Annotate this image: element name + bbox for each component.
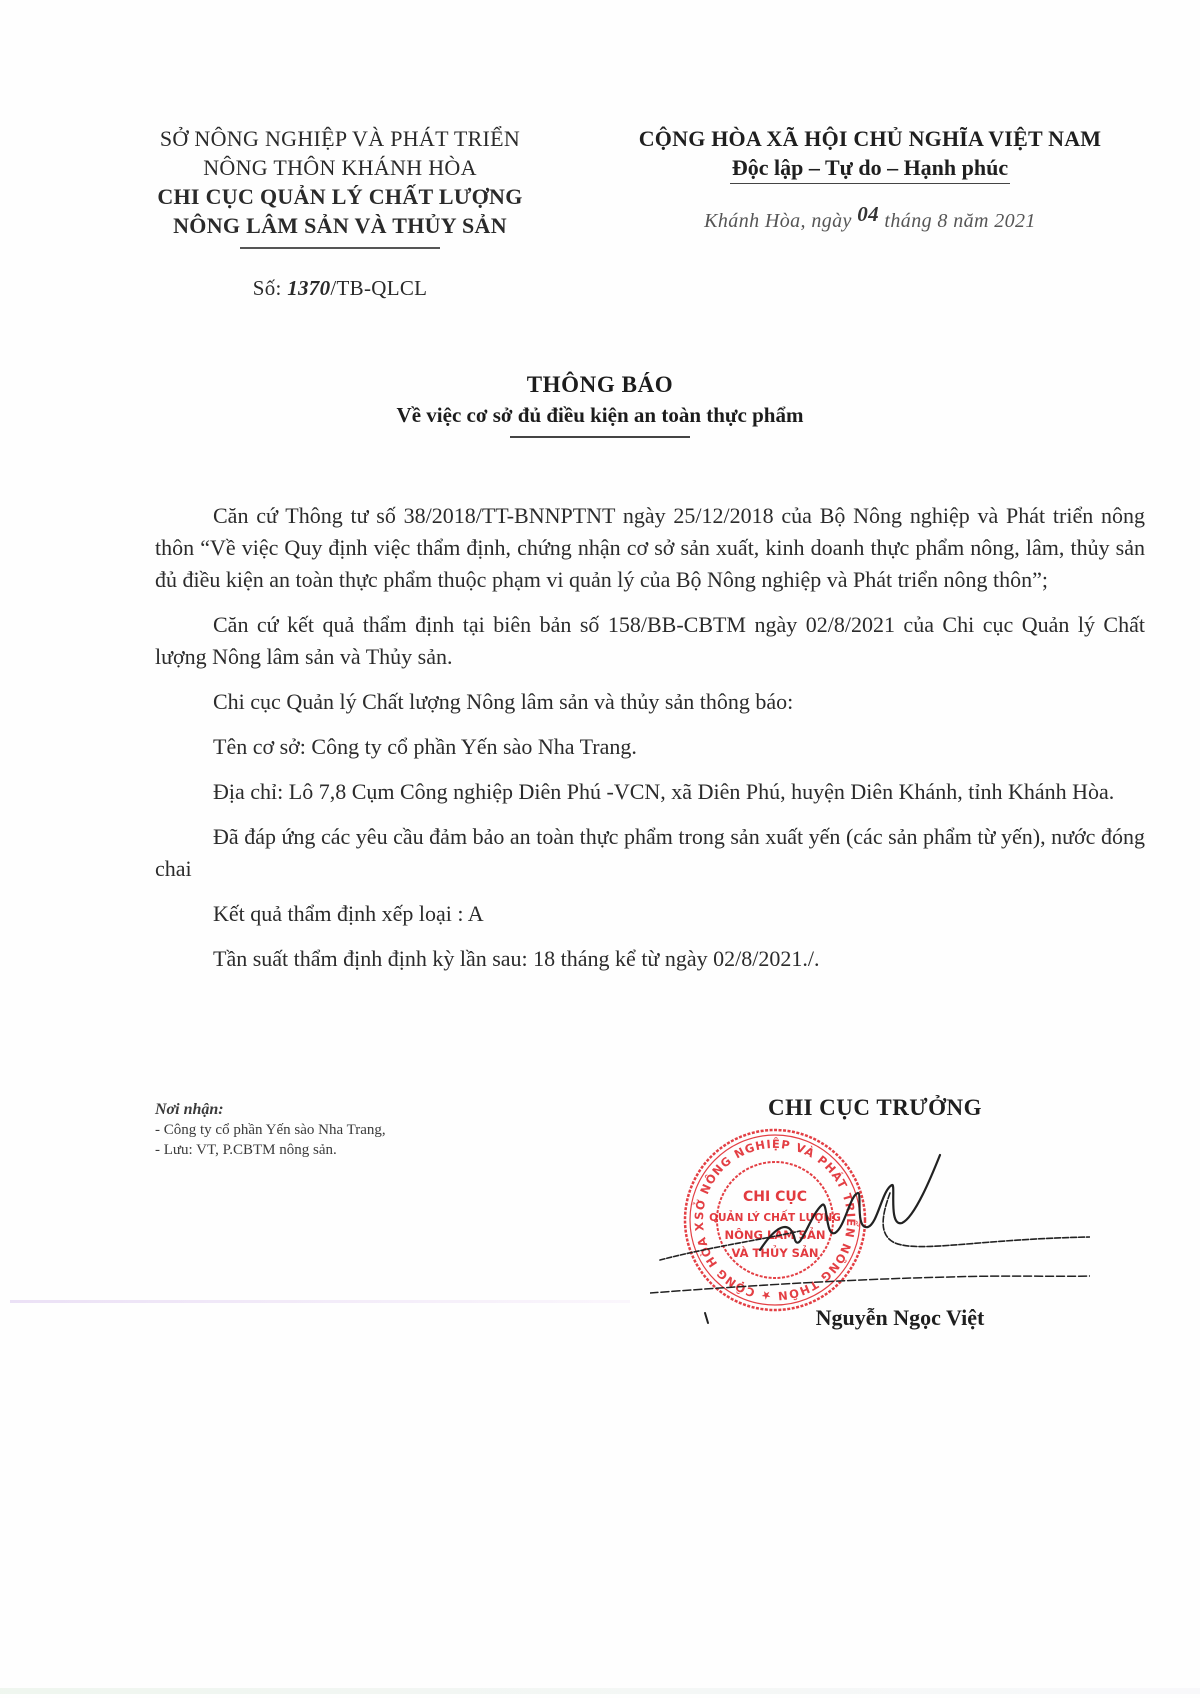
doc-number-suffix: /TB-QLCL (330, 276, 427, 300)
title-divider (510, 436, 690, 438)
doc-number-prefix: Số: (253, 276, 287, 300)
recipient-item: - Lưu: VT, P.CBTM nông sản. (155, 1140, 575, 1160)
place-date-line: Khánh Hòa, ngày 04 tháng 8 năm 2021 (590, 208, 1150, 233)
national-header: CỘNG HÒA XÃ HỘI CHỦ NGHĨA VIỆT NAM Độc l… (590, 124, 1150, 233)
signer-position: CHI CỤC TRƯỞNG (750, 1095, 1000, 1121)
parent-agency-line-1: SỞ NÔNG NGHIỆP VÀ PHÁT TRIỂN (110, 124, 570, 153)
doc-number-handwritten: 1370 (287, 276, 330, 300)
recipients-label: Nơi nhận: (155, 1100, 575, 1120)
scan-artifact (10, 1300, 630, 1303)
notice-title: THÔNG BÁO (200, 370, 1000, 400)
paragraph-facility-name: Tên cơ sở: Công ty cổ phần Yến sào Nha T… (155, 731, 1145, 763)
agency-name-line-1: CHI CỤC QUẢN LÝ CHẤT LƯỢNG (110, 182, 570, 211)
notice-body: Căn cứ Thông tư số 38/2018/TT-BNNPTNT ng… (155, 500, 1145, 988)
agency-name-line-2: NÔNG LÂM SẢN VÀ THỦY SẢN (110, 211, 570, 240)
document-page: SỞ NÔNG NGHIỆP VÀ PHÁT TRIỂN NÔNG THÔN K… (0, 0, 1200, 1698)
notice-title-block: THÔNG BÁO Về việc cơ sở đủ điều kiện an … (200, 370, 1000, 438)
header-divider (240, 247, 440, 249)
date-day-handwritten: 04 (857, 202, 879, 226)
paragraph-rating: Kết quả thẩm định xếp loại : A (155, 898, 1145, 930)
paragraph-address: Địa chỉ: Lô 7,8 Cụm Công nghiệp Diên Phú… (155, 776, 1145, 808)
paragraph-frequency: Tần suất thẩm định định kỳ lần sau: 18 t… (155, 943, 1145, 975)
scan-artifact (0, 1688, 1200, 1694)
paragraph-compliance: Đã đáp ứng các yêu cầu đảm bảo an toàn t… (155, 821, 1145, 885)
signer-name: Nguyễn Ngọc Việt (775, 1305, 1025, 1331)
paragraph-announcement: Chi cục Quản lý Chất lượng Nông lâm sản … (155, 686, 1145, 718)
paragraph-legal-basis: Căn cứ Thông tư số 38/2018/TT-BNNPTNT ng… (155, 500, 1145, 596)
notice-subject: Về việc cơ sở đủ điều kiện an toàn thực … (200, 400, 1000, 430)
signature-block: CHI CỤC TRƯỞNG SỞ NÔNG NGHIỆP VÀ PHÁT TR… (650, 1095, 1090, 1355)
national-motto: Độc lập – Tự do – Hạnh phúc (730, 153, 1010, 184)
country-name: CỘNG HÒA XÃ HỘI CHỦ NGHĨA VIỆT NAM (590, 124, 1150, 153)
recipients-block: Nơi nhận: - Công ty cổ phần Yến sào Nha … (155, 1100, 575, 1160)
document-number: Số: 1370/TB-QLCL (110, 274, 570, 303)
parent-agency-line-2: NÔNG THÔN KHÁNH HÒA (110, 153, 570, 182)
recipient-item: - Công ty cổ phần Yến sào Nha Trang, (155, 1120, 575, 1140)
issuing-agency-header: SỞ NÔNG NGHIỆP VÀ PHÁT TRIỂN NÔNG THÔN K… (110, 124, 570, 303)
date-suffix: tháng 8 năm 2021 (879, 210, 1036, 232)
paragraph-inspection-basis: Căn cứ kết quả thẩm định tại biên bản số… (155, 609, 1145, 673)
date-prefix: Khánh Hòa, ngày (704, 210, 857, 232)
